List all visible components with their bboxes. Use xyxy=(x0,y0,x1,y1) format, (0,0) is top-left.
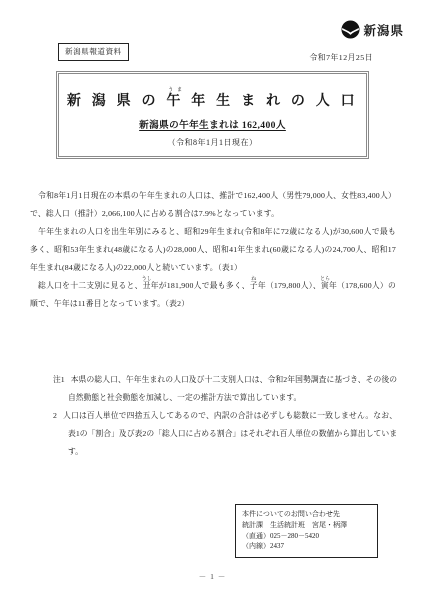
paragraph-population-summary: 令和8年1月1日現在の本県の午年生まれの人口は、推計で162,400人（男性79… xyxy=(30,187,396,223)
contact-heading: 本件についてのお問い合わせ先 xyxy=(242,509,371,520)
paragraph-by-birth-year: 午年生まれの人口を出生年別にみると、昭和29年生まれ(令和8年に72歳になる人)… xyxy=(30,223,396,277)
note-1: 注1本県の総人口、午年生まれの人口及び十二支別人口は、令和2年国勢調査に基づき、… xyxy=(53,371,397,407)
page-number: － 1 － xyxy=(0,571,425,582)
prefecture-logo: 新潟県 xyxy=(341,20,404,39)
headline-figure: 新潟県の午年生まれは 162,400人 xyxy=(59,117,366,131)
page-title: 新 潟 県 の 午うま 年 生 ま れ の 人 口 xyxy=(59,87,366,108)
as-of-date: （令和8年1月1日現在） xyxy=(59,137,366,148)
contact-section: 統計課 生活統計班 宮尾・柄澤 xyxy=(242,520,371,531)
note-1-label: 注1 xyxy=(53,371,65,389)
body-text: 令和8年1月1日現在の本県の午年生まれの人口は、推計で162,400人（男性79… xyxy=(30,187,396,313)
note-2-text: 人口は百人単位で四捨五入してあるので、内訳の合計は必ずしも総数に一致しません。な… xyxy=(63,411,397,456)
notes-section: 注1本県の総人口、午年生まれの人口及び十二支別人口は、令和2年国勢調査に基づき、… xyxy=(53,371,397,461)
paragraph-by-zodiac: 総人口を十二支別に見ると、丑うし年が181,900人で最も多く、子ね年（179,… xyxy=(30,277,396,313)
note-2-label: 2 xyxy=(53,407,57,425)
title-box: 新 潟 県 の 午うま 年 生 ま れ の 人 口 新潟県の午年生まれは 162… xyxy=(56,71,369,159)
contact-phone-extension: （内線）2437 xyxy=(242,541,371,552)
logo-text: 新潟県 xyxy=(363,21,404,39)
document-page: 新潟県 新潟県報道資料 令和7年12月25日 新 潟 県 の 午うま 年 生 ま… xyxy=(0,0,425,600)
contact-phone-direct: （直通）025－280－5420 xyxy=(242,531,371,542)
niigata-mark-icon xyxy=(341,20,360,39)
contact-box: 本件についてのお問い合わせ先 統計課 生活統計班 宮尾・柄澤 （直通）025－2… xyxy=(235,504,378,558)
note-1-text: 本県の総人口、午年生まれの人口及び十二支別人口は、令和2年国勢調査に基づき、その… xyxy=(68,375,397,402)
press-material-label: 新潟県報道資料 xyxy=(58,43,129,61)
document-date: 令和7年12月25日 xyxy=(310,52,373,63)
note-2: 2人口は百人単位で四捨五入してあるので、内訳の合計は必ずしも総数に一致しません。… xyxy=(53,407,397,461)
